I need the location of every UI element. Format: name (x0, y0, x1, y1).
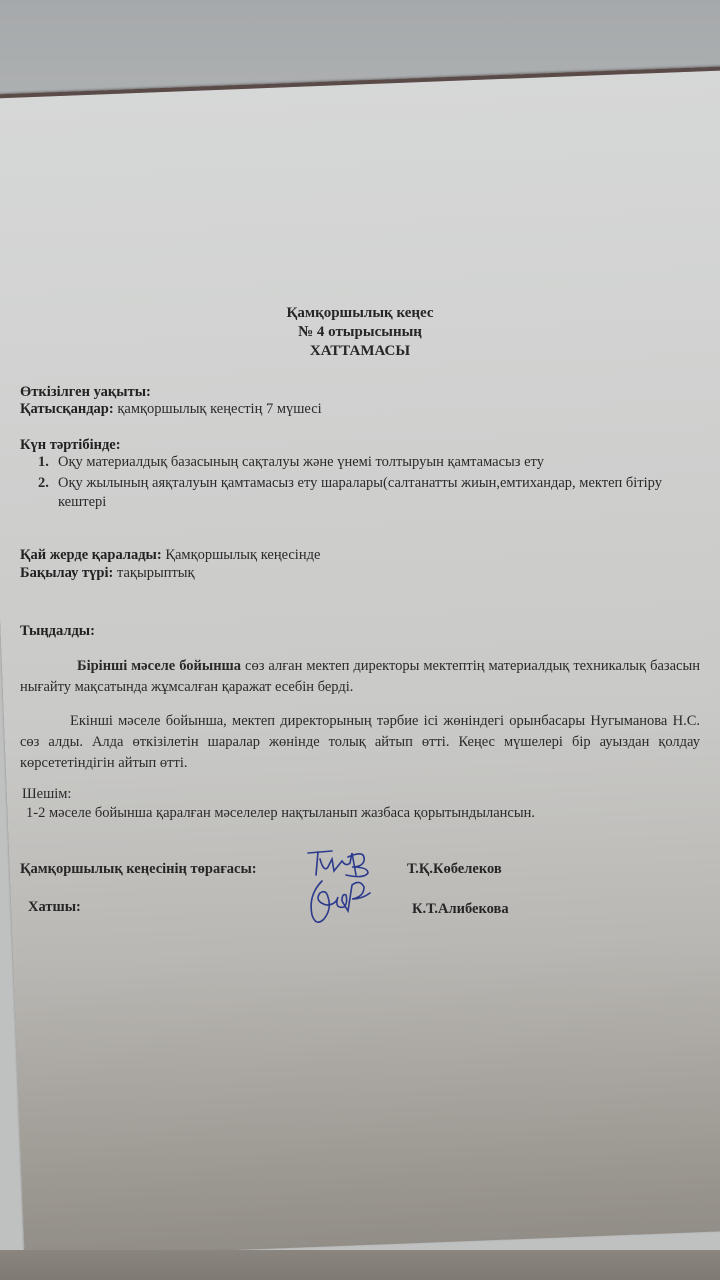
review-place-row: Қай жерде қаралады: Қамқоршылық кеңесінд… (20, 546, 320, 564)
decision-label: Шешім: (22, 786, 71, 802)
agenda-label: Күн тәртібінде: (20, 437, 121, 453)
title-line-1: Қамқоршылық кеңес (200, 304, 520, 323)
heard-label: Тыңдалды: (20, 623, 95, 639)
time-label: Өткізілген уақыты: (20, 384, 151, 400)
control-type-label: Бақылау түрі: (20, 565, 113, 581)
participants-value: қамқоршылық кеңестің 7 мүшесі (114, 401, 322, 417)
review-place-value: Қамқоршылық кеңесінде (162, 547, 321, 563)
title-line-3: ХАТТАМАСЫ (200, 342, 520, 361)
secretary-signature-icon (302, 875, 377, 930)
agenda-item: 1. Оқу материалдық базасының сақталуы жә… (38, 453, 708, 472)
control-type-row: Бақылау түрі: тақырыптық (20, 564, 195, 582)
agenda-heading: Күн тәртібінде: (20, 436, 121, 454)
heard-heading: Тыңдалды: (20, 622, 95, 640)
participants-row: Қатысқандар: қамқоршылық кеңестің 7 мүше… (20, 400, 322, 418)
chairman-name: Т.Қ.Көбелеков (407, 861, 502, 878)
agenda-item-text: Оқу материалдық базасының сақталуы және … (58, 454, 544, 470)
heard-paragraph-2-text: Екінші мәселе бойынша, мектеп директорын… (20, 713, 700, 771)
agenda-item-number: 2. (38, 474, 49, 493)
participants-label: Қатысқандар: (20, 401, 114, 417)
agenda-item: 2. Оқу жылының аяқталуын қамтамасыз ету … (38, 474, 698, 512)
time-row: Өткізілген уақыты: (20, 383, 151, 401)
agenda-item-text: Оқу жылының аяқталуын қамтамасыз ету шар… (58, 475, 662, 510)
title-line-2: № 4 отырысының (200, 323, 520, 342)
decision-row: 1-2 мәселе бойынша қаралған мәселелер на… (26, 804, 535, 822)
secretary-name: К.Т.Алибекова (412, 901, 509, 918)
agenda-item-number: 1. (38, 453, 49, 472)
heard-paragraph-2: Екінші мәселе бойынша, мектеп директорын… (20, 711, 700, 774)
agenda-list: 1. Оқу материалдық базасының сақталуы жә… (38, 453, 708, 514)
decision-text: 1-2 мәселе бойынша қаралған мәселелер на… (26, 805, 535, 821)
heard-paragraph-1-lead: Бірінші мәселе бойынша (77, 658, 241, 674)
decision-heading: Шешім: (22, 785, 71, 803)
chairman-role: Қамқоршылық кеңесінің төрағасы: (20, 861, 257, 878)
control-type-value: тақырыптық (113, 565, 194, 581)
review-place-label: Қай жерде қаралады: (20, 547, 162, 563)
document-title: Қамқоршылық кеңес № 4 отырысының ХАТТАМА… (200, 304, 520, 361)
document-content: Қамқоршылық кеңес № 4 отырысының ХАТТАМА… (0, 0, 720, 1280)
secretary-role: Хатшы: (28, 899, 81, 916)
heard-paragraph-1: Бірінші мәселе бойынша сөз алған мектеп … (20, 656, 700, 698)
